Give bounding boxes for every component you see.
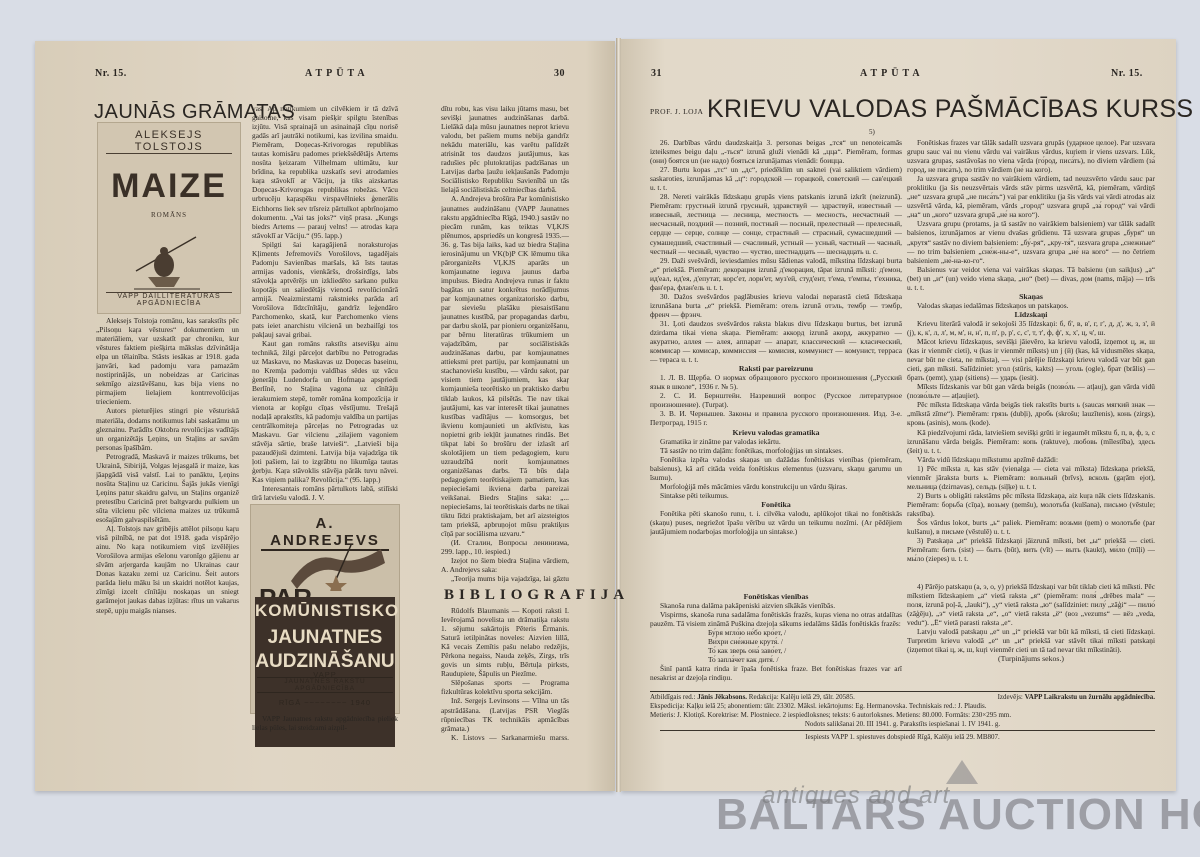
paragraph: VAPP Jaunatnes rakstu apgādniecība pieli… (252, 714, 398, 732)
colophon: Atbildīgais red.: Jānis Jēkabsons. Redak… (650, 693, 1155, 729)
paragraph: Interesantais romāns pārtulkots labā, st… (252, 484, 398, 500)
paragraph: (И. Сталин, Вопросы ленинизма, 299. lapp… (441, 538, 569, 556)
lesson-column-2: Fonētiskas frazes var tālāk sadalīt uzsv… (907, 138, 1155, 578)
paragraph: 3) Patskaņa „и“ priekšā līdzskaņi jāizru… (907, 536, 1155, 563)
paragraph: Autors pieturējies stingri pie vēsturisk… (96, 406, 239, 451)
paragraph: 30. Dažos svešvārdos paglābusies krievu … (650, 292, 902, 319)
bibliography-list: Rūdolfs Blaumanis — Kopoti raksti I. Iev… (441, 606, 569, 741)
paragraph: dītu robu, kas visu laiku jūtams masu, b… (441, 104, 569, 194)
issue-number-right: Nr. 15. (1111, 68, 1143, 79)
cover-publisher-name: JAUNATNES RAKSTU APGĀDNIECĪBA (257, 677, 393, 693)
subheading-phonetics: Fonētika (650, 500, 902, 509)
paragraph: Vārda vidū līdzskaņu mīkstumu apzīmē daž… (907, 455, 1155, 464)
cover-title: MAIZE (98, 167, 240, 206)
part-marker: 5) (869, 128, 875, 136)
paragraph: Fonētiskas frazes var tālāk sadalīt uzsv… (907, 138, 1155, 174)
colophon-row: Atbildīgais red.: Jānis Jēkabsons. Redak… (650, 693, 1155, 702)
paragraph: 2) Burts ь obligāti rakstāms pēc mīksta … (907, 491, 1155, 518)
paragraph: 28. Nereti vairākās līdzskaņu grupās vie… (650, 192, 902, 255)
editorial-office: Redakcija: Kalēju ielā 29, tālr. 20585. (749, 693, 855, 701)
paragraph: Sintakse pēti teikumus. (650, 491, 902, 500)
colophon-line: Metieris: J. Klotiņš. Korektrise: M. Plo… (650, 711, 1155, 720)
paragraph: Spilgti šai kaŗagājienā noraksturojas Kļ… (252, 240, 398, 340)
paragraph: Uzsvara grupu (protams, ja tā sastāv no … (907, 219, 1155, 264)
paragraph: Mīksts līdzskanis var būt gan vārda beig… (907, 382, 1155, 400)
paragraph: Izejot no šiem biedra Staļina vārdiem, A… (441, 556, 569, 574)
colophon-top-rule (650, 691, 1155, 692)
paragraph: Šinī pantā katra rinda ir īpaša fonētisk… (650, 664, 902, 682)
poem-line: То́ запла́чет как дитя́. / (708, 655, 902, 664)
spine-fold (616, 38, 621, 792)
subheading-references: Raksti par pareizrunu (650, 364, 902, 373)
paragraph: „Teorija mums bija vajadzīga, lai gāztu … (441, 574, 569, 584)
cover-place-year: RĪGĀ ~~~~~~~~ 1940 (257, 698, 393, 707)
subheading-units: Fonētiskas vienības (650, 592, 902, 601)
paragraph: Morfoloģijā mēs mācāmies vārdu konstrukc… (650, 482, 902, 491)
paragraph: Fonētika pēti skanošo runu, t. i. cilvēk… (650, 509, 902, 536)
lesson-column-1: 26. Darbības vārdu daudzskaitļa 3. perso… (650, 138, 902, 588)
cover-title-line3: JAUNATNES (255, 627, 395, 649)
poem: Бу́ря мгло́ю не́бо кро́ет, / Ви́хри сне́… (650, 628, 902, 664)
poem-line: Бу́ря мгло́ю не́бо кро́ет, / (708, 628, 902, 637)
printer-line: Iespiests VAPP 1. spiestuves dobspiedē R… (650, 733, 1155, 742)
cover-title-line2: KOMŪNISTISKO (255, 601, 395, 621)
bibliography-item: Inž. Sergejs Levinsons — Vīlna un tās ap… (441, 696, 569, 732)
page-number-right: 31 (651, 68, 662, 79)
book-cover-andrejevs: A. ANDREJEVS PAR KOMŪNISTISKO JAUNATNES … (250, 504, 400, 714)
paragraph: Pēc mīksta līdzskaņa vārda beigās tiek r… (907, 400, 1155, 427)
paragraph: Gramatika ir zinātne par valodas iekārtu… (650, 437, 902, 446)
review-column-1: Aleksejs Tolstoja romānu, kas sarakstīts… (96, 316, 239, 756)
magazine-title-left: ATPŪTA (305, 68, 369, 79)
horseman-illustration (128, 231, 208, 293)
paragraph: Vispirms, skanoša runa sadalāma fonētisk… (650, 610, 902, 628)
paragraph: Krievu literārā valodā ir sekojoši 35 lī… (907, 319, 1155, 337)
publisher-label: Izdevējs: (998, 693, 1023, 701)
paragraph: Aļ. Tolstojs nav gribējis attēlot pilsoņ… (96, 524, 239, 614)
issue-number-left: Nr. 15. (95, 68, 127, 79)
bibliography-item: Slēpošanas sports — Programa fizkultūras… (441, 678, 569, 696)
paragraph: 26. Darbības vārdu daudzskaitļa 3. perso… (650, 138, 902, 165)
paragraph: Fonētika izpēta valodas skaņas un dažāda… (650, 455, 902, 482)
paragraph: 29. Daži svešvārdi, ieviesdamies mūsu šā… (650, 256, 902, 292)
paragraph: Skanoša runa dalāma pakāpeniski aizvien … (650, 601, 902, 610)
colophon-editor: Atbildīgais red.: Jānis Jēkabsons. Redak… (650, 693, 855, 702)
page-number-left: 30 (554, 68, 565, 79)
paragraph: Balsienus var veidot viena vai vairākas … (907, 265, 1155, 292)
crown-watermark-icon (946, 760, 978, 784)
bibliography-item: K. Listovs — Sarkanarmiešu marss. Dziesm… (441, 733, 569, 741)
cover-caption: VAPP Jaunatnes rakstu apgādniecība pieli… (252, 714, 398, 734)
book-cover-maize: ALEKSEJS TOLSTOJS MAIZE ROMĀNS VAPP DAIL… (97, 122, 241, 314)
publisher-name: VAPP Laikrakstu un žurnālu apgādniecība. (1025, 693, 1155, 701)
continued-note: (Turpinājums sekos.) (907, 654, 1155, 663)
paragraph: Valodas skaņas iedalāmas līdzskaņos un p… (907, 301, 1155, 310)
paragraph: Ja uzsvara grupa sastāv no vairākiem vār… (907, 174, 1155, 219)
paragraph: 27. Burtu kopas „тс“ un „дс“, priedēklim… (650, 165, 902, 192)
paragraph: Tā sastāv no trim daļām: fonētikas, morf… (650, 446, 902, 455)
colophon-line: Ekspedicija: Kaļķu ielā 25; abonentiem: … (650, 702, 1155, 711)
subheading-consonants: Līdzskaņi (907, 310, 1155, 319)
byline: PROF. J. LOJA (650, 107, 703, 116)
subheading-sounds: Skaņas (907, 292, 1155, 301)
bibliography-item: Rūdolfs Blaumanis — Kopoti raksti I. Iev… (441, 606, 569, 678)
review-column-3: dītu robu, kas visu laiku jūtams masu, b… (441, 104, 569, 584)
review-column-2: vas. Ap notikumiem un cilvēkiem ir tā dz… (252, 104, 398, 500)
editor-label: Atbildīgais red.: (650, 693, 696, 701)
article-title: KRIEVU VALODAS PAŠMĀCĪBAS KURSS (707, 95, 1193, 124)
poem-line: Ви́хри сне́жные крутя́. / (708, 637, 902, 646)
lesson-column-2-bottom: 4) Pārējo patskaņu (a, э, o, у) priekšā … (907, 582, 1155, 692)
colophon-bottom-rule (660, 730, 1155, 731)
paragraph: Šos vārdus lokot, burts „ь“ paliek. Piem… (907, 518, 1155, 536)
colophon-line: Nodots salikšanai 20. III 1941. g. Parak… (650, 720, 1155, 729)
editor-name: Jānis Jēkabsons. (697, 693, 747, 701)
watermark-brand: BALTARS AUCTION HOUSE (716, 790, 1200, 840)
reference-item: 3. В. И. Чернышев. Законы и правила русс… (650, 409, 902, 427)
paragraph: vas. Ap notikumiem un cilvēkiem ir tā dz… (252, 104, 398, 240)
paragraph: Kā piedzīvojumi rāda, latviešiem sevišķi… (907, 428, 1155, 455)
paragraph: 31. Ļoti daudzos svešvārdos raksta blaku… (650, 319, 902, 364)
cover-author: ALEKSEJS TOLSTOJS (106, 129, 232, 154)
subheading-grammar: Krievu valodas gramatika (650, 428, 902, 437)
reference-item: 1. Л. В. Щерба. О нормах образцового рус… (650, 373, 902, 391)
paragraph: Latvju valodā patskaņu „е“ un „і“ priekš… (907, 627, 1155, 654)
paragraph: Aleksejs Tolstoja romānu, kas sarakstīts… (96, 316, 239, 406)
poem-line: То́ как зверь она́ заво́ет, / (708, 646, 902, 655)
reference-item: 2. С. И. Бернштейн. Назревший вопрос (Ру… (650, 391, 902, 409)
paragraph: A. Andrejeva brošūra Par komūnistisko ja… (441, 194, 569, 538)
cover-publisher: VAPP DAILLITERATŪRAS APGĀDNIECĪBA (106, 292, 232, 307)
bibliography-heading: BIBLIOGRAFIJA (444, 587, 629, 604)
paragraph: 4) Pārējo patskaņu (a, э, o, у) priekšā … (907, 582, 1155, 627)
paragraph: 1) Pēc mīksta л, kas stāv (vienalga — ci… (907, 464, 1155, 491)
paragraph: Petrogradā, Maskavā ir maizes trūkums, b… (96, 452, 239, 524)
paragraph: Kaut gan romāns rakstīts atsevišķu ainu … (252, 339, 398, 484)
cover-subtitle: ROMĀNS (98, 211, 240, 219)
paragraph: Mācot krievu līdzskaņus, sevišķi jāievēr… (907, 337, 1155, 382)
colophon-publisher: Izdevējs: VAPP Laikrakstu un žurnālu apg… (998, 693, 1155, 702)
magazine-title-right: ATPŪTA (860, 68, 924, 79)
